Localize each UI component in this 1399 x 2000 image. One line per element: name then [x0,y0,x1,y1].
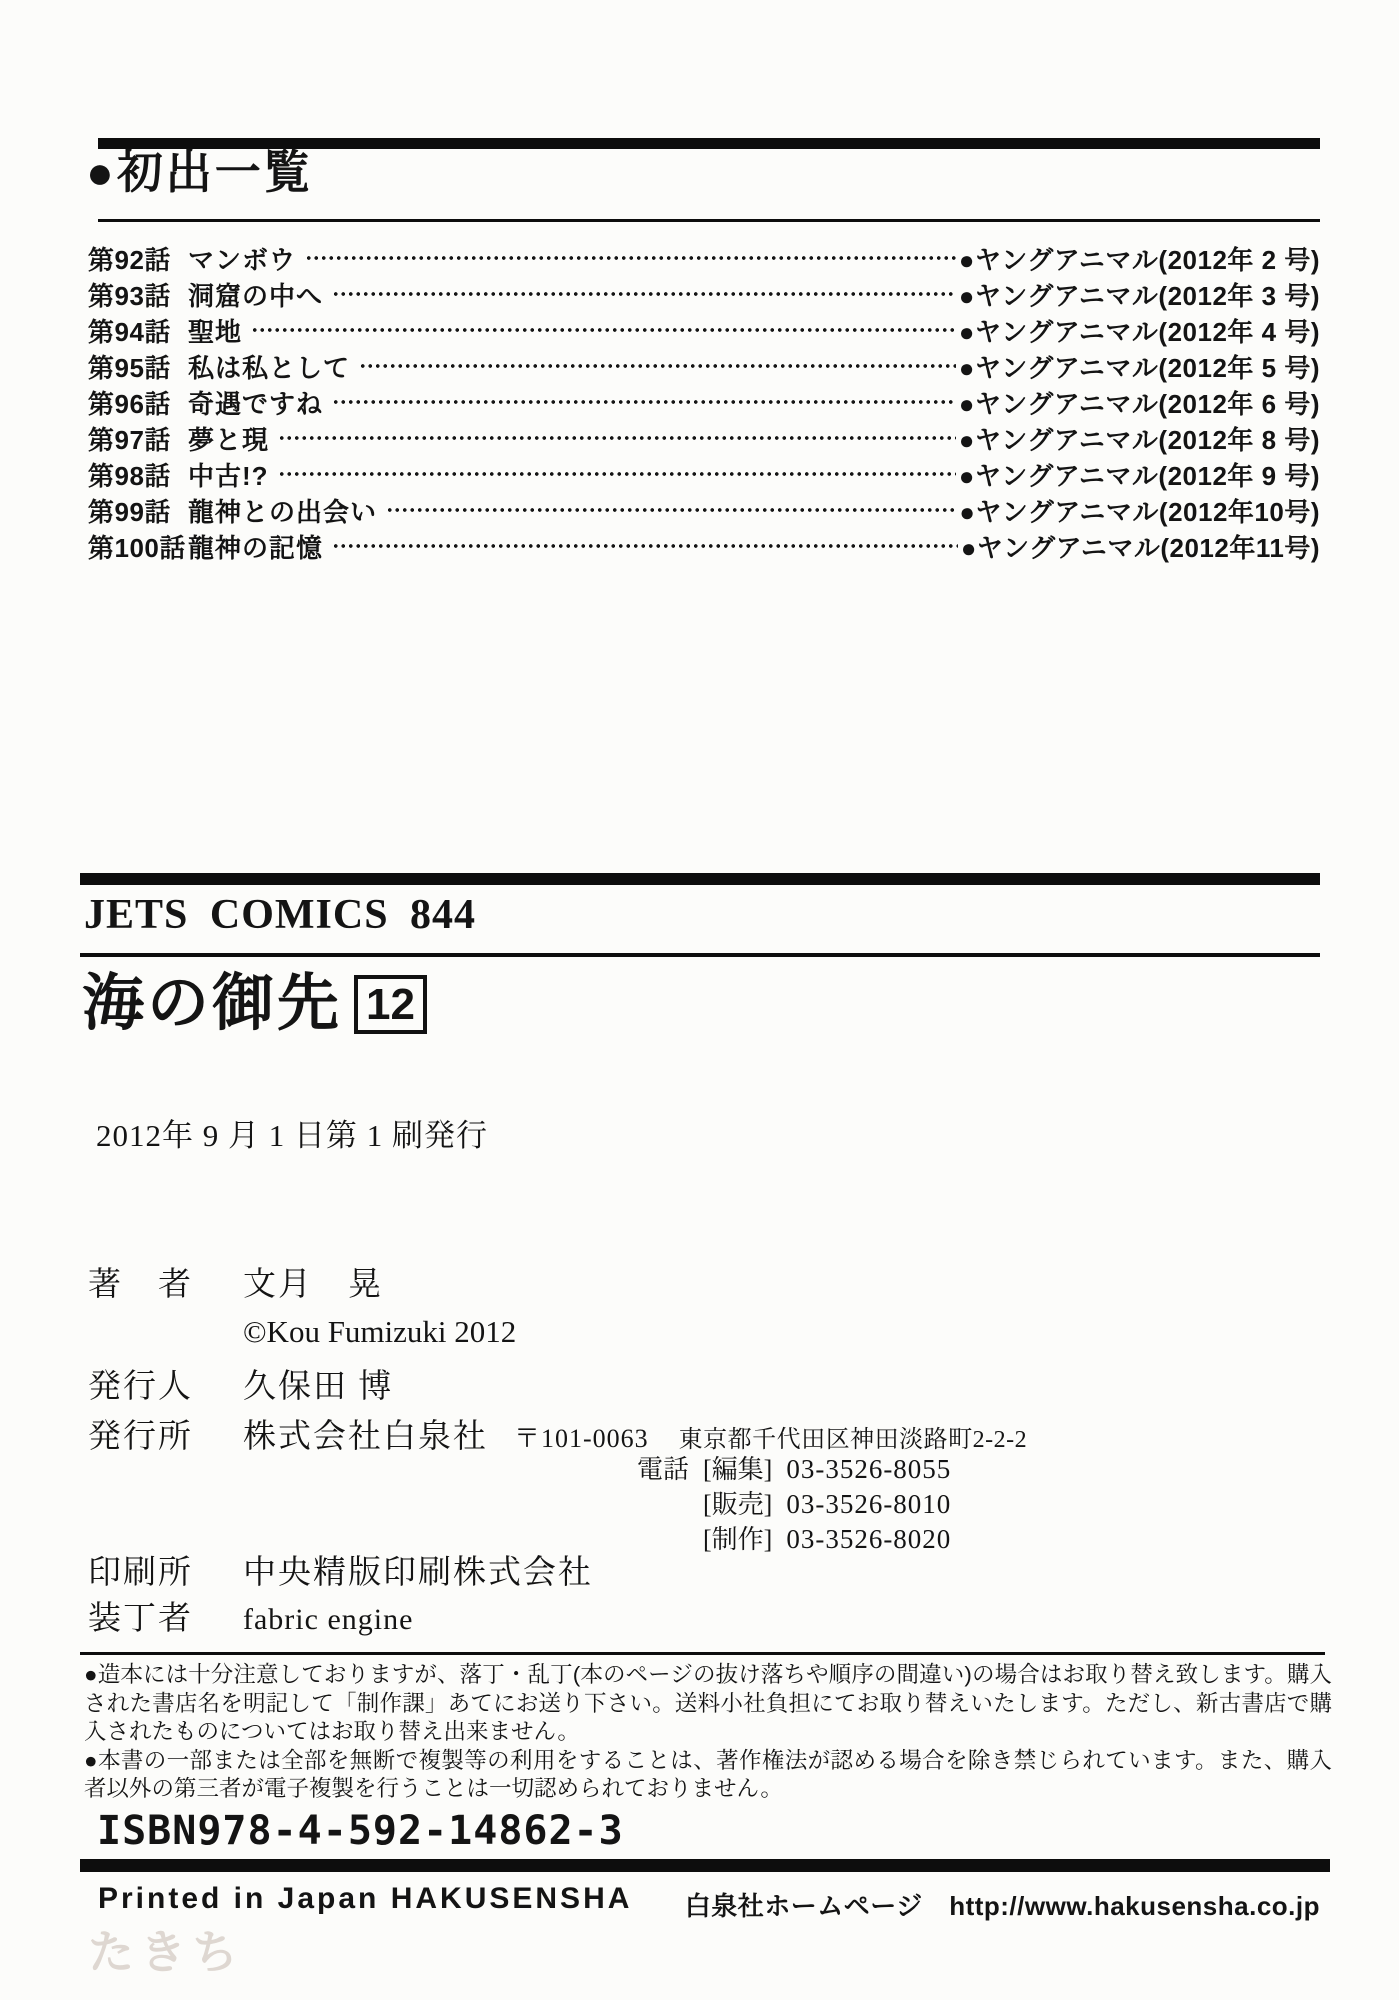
magazine-issue: ●ヤングアニマル(2012年 5 号) [959,348,1320,385]
publication-row: 第92話 マンボウ ●ヤングアニマル(2012年 2 号) [88,240,1320,276]
phone-number: 03-3526-8055 [786,1454,951,1485]
publication-row: 第94話 聖地 ●ヤングアニマル(2012年 4 号) [88,312,1320,348]
magazine-issue: ●ヤングアニマル(2012年 6 号) [959,384,1320,421]
dot-leader [305,240,956,276]
notice-block: ●造本には十分注意しておりますが、落丁・乱丁(本のページの抜け落ちや順序の間違い… [84,1661,1332,1804]
phone-dept: [編集] [703,1449,772,1486]
publication-row: 第97話 夢と現 ●ヤングアニマル(2012年 8 号) [88,420,1320,456]
magazine-issue: ●ヤングアニマル(2012年10号) [959,492,1320,529]
author-label: 著 者 [88,1258,243,1305]
episode-title: 聖地 [188,312,248,349]
episode-title: 私は私として [188,348,356,385]
phone-row: [制作] 03-3526-8020 [637,1519,951,1554]
magazine-issue: ●ヤングアニマル(2012年 3 号) [959,276,1320,313]
episode-title: 洞窟の中へ [188,276,329,313]
magazine-issue: ●ヤングアニマル(2012年 8 号) [959,420,1320,457]
colophon-divider-bar [80,873,1320,885]
series-label: JETS COMICS 844 [84,891,476,939]
episode-title: マンボウ [188,240,302,277]
publisher-homepage-url: 白泉社ホームページ http://www.hakusensha.co.jp [685,1886,1320,1923]
publication-row: 第95話 私は私として ●ヤングアニマル(2012年 5 号) [88,348,1320,384]
publication-row: 第96話 奇遇ですね ●ヤングアニマル(2012年 6 号) [88,384,1320,420]
publisher-name: 株式会社白泉社 [243,1410,488,1457]
book-title: 海の御先 [82,970,342,1038]
episode-title: 龍神との出会い [188,492,383,529]
issuer-name: 久保田 博 [243,1360,393,1407]
publication-row: 第99話 龍神との出会い ●ヤングアニマル(2012年10号) [88,492,1320,528]
dot-leader [332,276,956,312]
phone-label: 電話 [637,1449,703,1486]
handwritten-watermark: たきち [88,1916,244,1982]
author-name: 文月 晃 [243,1258,383,1305]
publisher-label: 発行所 [88,1410,243,1457]
copyright-notice: ●本書の一部または全部を無断で複製等の利用をすることは、著作権法が認める場合を除… [84,1747,1332,1804]
printed-in-japan-label: Printed in Japan HAKUSENSHA [98,1882,632,1916]
publication-row: 第100話 龍神の記憶 ●ヤングアニマル(2012年11号) [88,528,1320,564]
phone-number: 03-3526-8020 [786,1524,951,1555]
episode-number: 第97話 [88,420,188,457]
dot-leader [278,456,956,492]
postal-code: 〒101-0063 [514,1418,649,1455]
printer-row: 印刷所 中央精版印刷株式会社 [88,1546,593,1593]
designer-name: fabric engine [243,1603,413,1637]
dot-leader [278,420,956,456]
magazine-issue: ●ヤングアニマル(2012年 4 号) [959,312,1320,349]
dot-leader [332,528,958,564]
episode-number: 第93話 [88,276,188,313]
series-underline [80,953,1320,957]
colophon-page: ●初出一覧 第92話 マンボウ ●ヤングアニマル(2012年 2 号) 第93話… [0,0,1399,2000]
phone-row: 電話 [編集] 03-3526-8055 [637,1449,951,1484]
replacement-notice: ●造本には十分注意しておりますが、落丁・乱丁(本のページの抜け落ちや順序の間違い… [84,1661,1332,1747]
episode-title: 奇遇ですね [188,384,329,421]
episode-number: 第92話 [88,240,188,277]
dot-leader [359,348,956,384]
episode-title: 夢と現 [188,420,275,457]
dot-leader [332,384,956,420]
episode-number: 第98話 [88,456,188,493]
episode-number: 第99話 [88,492,188,529]
designer-label: 装丁者 [88,1592,243,1639]
phone-row: [販売] 03-3526-8010 [637,1484,951,1519]
episode-title: 龍神の記憶 [188,528,329,565]
phone-list: 電話 [編集] 03-3526-8055 [販売] 03-3526-8010 [… [637,1449,951,1554]
isbn-number: ISBN978-4-592-14862-3 [97,1808,624,1854]
print-date: 2012年 9 月 1 日第 1 刷発行 [96,1110,488,1155]
author-row: 著 者 文月 晃 [88,1258,383,1305]
episode-number: 第100話 [88,528,188,565]
printer-label: 印刷所 [88,1546,243,1593]
issuer-label: 発行人 [88,1360,243,1407]
magazine-issue: ●ヤングアニマル(2012年 2 号) [959,240,1320,277]
book-title-row: 海の御先 12 [82,970,427,1038]
copyright-line: ©Kou Fumizuki 2012 [243,1314,516,1350]
printer-name: 中央精版印刷株式会社 [243,1546,593,1593]
dot-leader [386,492,956,528]
magazine-issue: ●ヤングアニマル(2012年 9 号) [959,456,1320,493]
volume-number-box: 12 [354,975,427,1034]
episode-number: 第96話 [88,384,188,421]
first-publication-list: 第92話 マンボウ ●ヤングアニマル(2012年 2 号) 第93話 洞窟の中へ… [88,240,1320,564]
episode-number: 第95話 [88,348,188,385]
isbn-underline-bar [80,1859,1330,1872]
dot-leader [251,312,956,348]
phone-number: 03-3526-8010 [786,1489,951,1520]
publication-row: 第93話 洞窟の中へ ●ヤングアニマル(2012年 3 号) [88,276,1320,312]
section-title-underline [98,219,1320,222]
episode-number: 第94話 [88,312,188,349]
notice-divider-line [80,1652,1325,1655]
section-title: ●初出一覧 [86,147,313,198]
episode-title: 中古!? [188,456,275,493]
phone-dept: [販売] [703,1484,772,1521]
issuer-row: 発行人 久保田 博 [88,1360,393,1407]
phone-dept: [制作] [703,1519,772,1556]
publication-row: 第98話 中古!? ●ヤングアニマル(2012年 9 号) [88,456,1320,492]
designer-row: 装丁者 fabric engine [88,1592,413,1639]
magazine-issue: ●ヤングアニマル(2012年11号) [961,528,1320,565]
